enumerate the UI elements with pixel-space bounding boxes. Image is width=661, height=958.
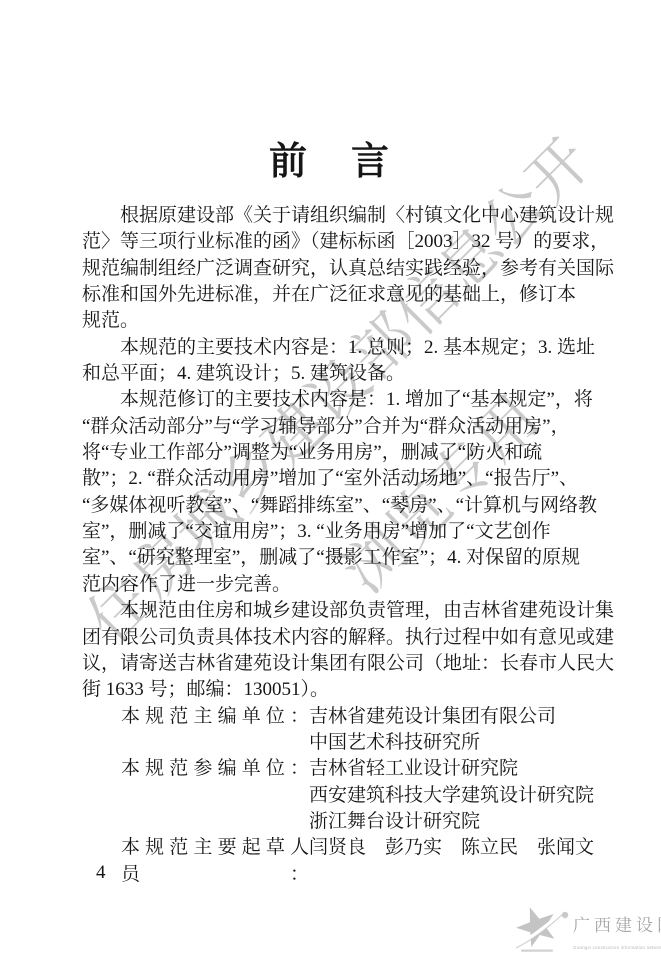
paragraph-administration: 本规范由住房和城乡建设部负责管理，由吉林省建苑设计集团有限公司负责具体技术内容的… <box>82 598 582 703</box>
document-page: 住房城乡建设部信息公开 浏览专用 前 言 根据原建设部《关于请组织编制〈村镇文化… <box>0 0 661 958</box>
star-icon <box>512 903 570 958</box>
drafters-row: 本规范主要起草人员： 闫贤良 彭乃实 陈立民 张闻文 <box>82 835 582 888</box>
chief-editor-values: 吉林省建苑设计集团有限公司中国艺术科技研究所 <box>309 704 582 757</box>
site-logo: 广西建设网 Guangxi construction information n… <box>512 903 661 958</box>
logo-text: 广西建设网 Guangxi construction information n… <box>573 903 661 954</box>
drafters-label: 本规范主要起草人员： <box>121 835 309 888</box>
chief-editor-row: 本规范主编单位： 吉林省建苑设计集团有限公司中国艺术科技研究所 <box>82 704 582 757</box>
paragraph-basis: 根据原建设部《关于请组织编制〈村镇文化中心建筑设计规范〉等三项行业标准的函》（建… <box>82 203 582 335</box>
document-body: 根据原建设部《关于请组织编制〈村镇文化中心建筑设计规范〉等三项行业标准的函》（建… <box>82 203 582 888</box>
editors-section: 本规范主编单位： 吉林省建苑设计集团有限公司中国艺术科技研究所 本规范参编单位：… <box>82 704 582 888</box>
chief-editor-label: 本规范主编单位： <box>121 704 309 730</box>
logo-tagline: Guangxi construction information network <box>573 945 661 950</box>
page-title: 前 言 <box>0 130 661 185</box>
paragraph-revisions: 本规范修订的主要技术内容是：1. 增加了“基本规定”，将“群众活动部分”与“学习… <box>82 387 582 598</box>
drafters-values: 闫贤良 彭乃实 陈立民 张闻文 <box>309 835 594 861</box>
page-number: 4 <box>96 862 106 884</box>
paragraph-contents: 本规范的主要技术内容是：1. 总则；2. 基本规定；3. 选址和总平面；4. 建… <box>82 335 582 388</box>
co-editor-label: 本规范参编单位： <box>121 756 309 782</box>
co-editor-values: 吉林省轻工业设计研究院西安建筑科技大学建筑设计研究院浙江舞台设计研究院 <box>309 756 594 835</box>
co-editor-row: 本规范参编单位： 吉林省轻工业设计研究院西安建筑科技大学建筑设计研究院浙江舞台设… <box>82 756 582 835</box>
logo-name: 广西建设网 <box>573 916 661 935</box>
